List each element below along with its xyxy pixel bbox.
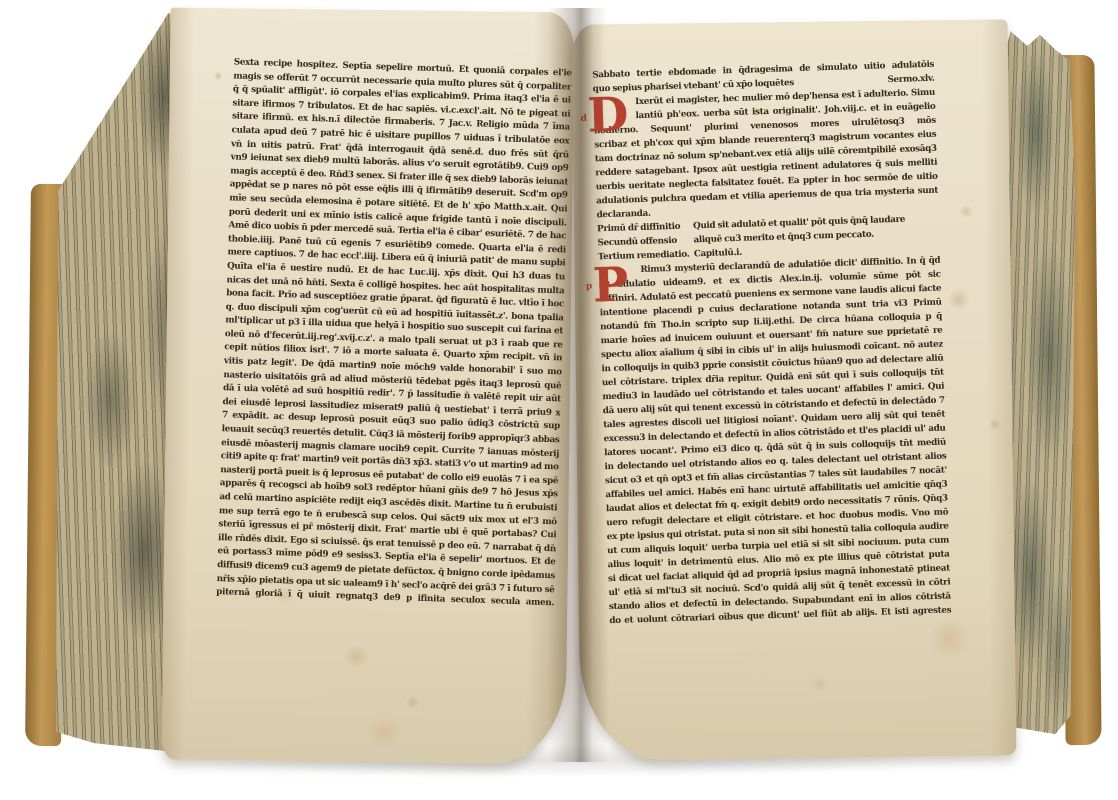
right-page: Sabbato tertie ebdomade in q̄dragesima d…	[572, 19, 1017, 760]
book-photo: Sexta recipe hospitez. Septīa sepelire m…	[0, 0, 1118, 800]
section-adulatio-intro: D d Ixerūt ei magister, hec mulier mō de…	[593, 86, 939, 223]
rubricated-initial-P: P	[592, 263, 628, 308]
guide-letter: p	[586, 283, 592, 292]
rubricated-initial-D: D	[587, 93, 629, 138]
right-page-text: Sabbato tertie ebdomade in q̄dragesima d…	[592, 58, 951, 628]
sermo-number: Sermo.xlv.	[887, 72, 934, 87]
section-primum-mysterium: P p Rimu3 mysteriū declarandū de adulati…	[598, 254, 951, 629]
left-page: Sexta recipe hospitez. Septīa sepelire m…	[161, 8, 574, 765]
section2-lines: Rimu3 mysteriū declarandū de adulatiōe d…	[598, 254, 951, 629]
section1-lines: Ixerūt ei magister, hec mulier mō dep'he…	[593, 86, 939, 223]
guide-letter: d	[581, 115, 587, 124]
left-page-text: Sexta recipe hospitez. Septīa sepelire m…	[216, 56, 572, 611]
